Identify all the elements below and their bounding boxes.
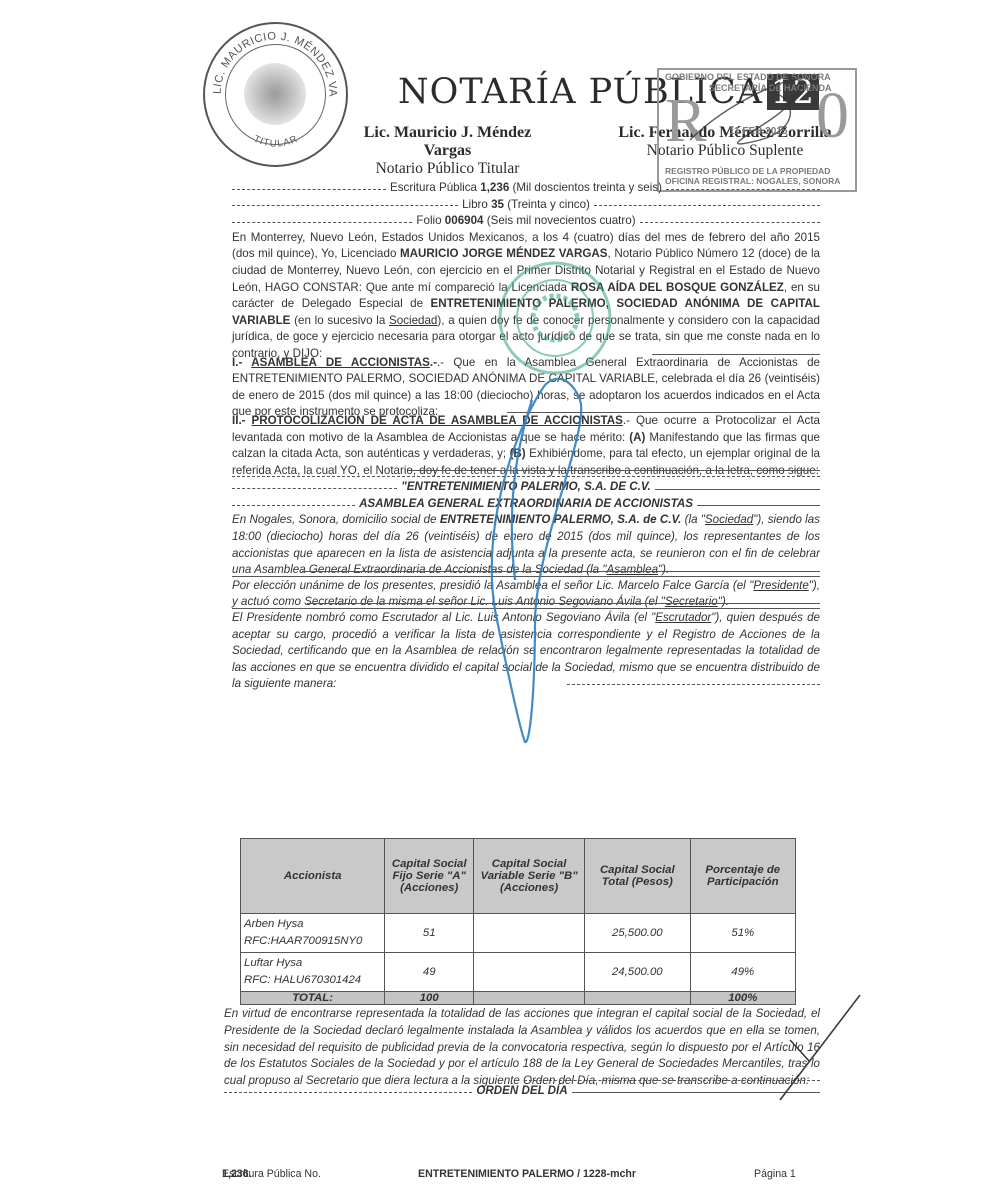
- filler-line: [407, 470, 820, 471]
- total-cell: 24,500.00: [585, 953, 690, 992]
- filler-line: [524, 1080, 820, 1081]
- fijo-cell: 49: [385, 953, 474, 992]
- shareholder-cell: Luftar HysaRFC: HALU670301424: [241, 953, 385, 992]
- acta-assembly-title: ASAMBLEA GENERAL EXTRAORDINARIA DE ACCIO…: [359, 496, 693, 513]
- filler-line: [224, 1092, 472, 1093]
- stamp-line-2: SECRETARÍA DE HACIENDA: [709, 83, 832, 93]
- col-accionista: Accionista: [241, 839, 385, 914]
- filler-line: [232, 608, 820, 609]
- seal-inner-ring: [225, 44, 326, 145]
- pct-cell: 49%: [690, 953, 795, 992]
- orden-del-dia-heading: ORDEN DEL DÍA: [476, 1083, 567, 1100]
- col-capital-total: Capital Social Total (Pesos): [585, 839, 690, 914]
- libro-number: 35: [491, 198, 504, 211]
- col-capital-variable: Capital Social Variable Serie "B" (Accio…: [474, 839, 585, 914]
- filler-line: [232, 488, 397, 489]
- stamp-date: 11 FEB 2015: [729, 126, 787, 137]
- section-2-heading: PROTOCOLIZACIÓN DE ACTA DE ASAMBLEA DE A…: [252, 414, 623, 427]
- variable-cell: [474, 914, 585, 953]
- notary-titular: Lic. Mauricio J. Méndez Vargas Notario P…: [340, 124, 555, 178]
- total-fijo: 100: [385, 992, 474, 1005]
- filler-line: [307, 603, 820, 604]
- pct-cell: 51%: [690, 914, 795, 953]
- escritura-line: Escritura Pública 1,236 (Mil doscientos …: [232, 180, 820, 197]
- total-label: TOTAL:: [241, 992, 385, 1005]
- escritura-number: 1,236: [480, 181, 509, 194]
- table-header-row: Accionista Capital Social Fijo Serie "A"…: [241, 839, 796, 914]
- footer-reference: ENTRETENIMIENTO PALERMO / 1228-mchr: [418, 1168, 636, 1180]
- filler-line: [567, 684, 820, 685]
- fijo-cell: 51: [385, 914, 474, 953]
- filler-line: [232, 576, 820, 577]
- shareholder-table: Accionista Capital Social Fijo Serie "A"…: [240, 838, 796, 1005]
- section-1-heading: ASAMBLEA DE ACCIONISTAS: [251, 356, 430, 369]
- variable-cell: [474, 953, 585, 992]
- escritura-words: (Mil doscientos treinta y seis): [513, 181, 662, 194]
- table-row: Arben HysaRFC:HAAR700915NY0 51 25,500.00…: [241, 914, 796, 953]
- stamp-line-1: GOBIERNO DEL ESTADO DE SONORA: [665, 72, 831, 82]
- acta-company-title: "ENTRETENIMIENTO PALERMO, S.A. DE C.V.: [401, 479, 650, 496]
- footer-page-number: Página 1: [754, 1168, 796, 1180]
- intro-paragraph: En Monterrey, Nuevo León, Estados Unidos…: [232, 230, 820, 363]
- filler-line: [232, 205, 458, 206]
- total-pct: 100%: [690, 992, 795, 1005]
- stamp-line-3: REGISTRO PÚBLICO DE LA PROPIEDAD: [665, 166, 830, 176]
- total-variable: [474, 992, 585, 1005]
- mexican-coat-of-arms-icon: [244, 63, 306, 125]
- acta-title-line-2: ASAMBLEA GENERAL EXTRAORDINARIA DE ACCIO…: [232, 496, 820, 513]
- deed-body: Escritura Pública 1,236 (Mil doscientos …: [232, 180, 820, 685]
- table-row: Luftar HysaRFC: HALU670301424 49 24,500.…: [241, 953, 796, 992]
- folio-words: (Seis mil novecientos cuatro): [487, 214, 636, 227]
- folio-label: Folio: [416, 214, 441, 227]
- filler-line: [232, 505, 355, 506]
- acta-paragraph-4-block: En virtud de encontrarse representada la…: [224, 1006, 820, 1100]
- folio-line: Folio 006904 (Seis mil novecientos cuatr…: [232, 213, 820, 230]
- filler-line: [655, 489, 820, 490]
- filler-line: [302, 571, 820, 572]
- notary-seal: LIC. MAURICIO J. MÉNDEZ VARGAS TITULAR: [203, 22, 348, 167]
- footer-escritura: Escritura Pública No. 1,236.: [222, 1168, 251, 1180]
- escritura-label: Escritura Pública: [390, 181, 477, 194]
- filler-line: [640, 222, 820, 223]
- acta-paragraph-3: El Presidente nombró como Escrutador al …: [232, 610, 820, 693]
- folio-number: 006904: [445, 214, 484, 227]
- shareholder-cell: Arben HysaRFC:HAAR700915NY0: [241, 914, 385, 953]
- total-cell: 25,500.00: [585, 914, 690, 953]
- filler-line: [232, 189, 386, 190]
- acta-paragraph-4: En virtud de encontrarse representada la…: [224, 1006, 820, 1090]
- filler-line: [572, 1092, 820, 1093]
- notary-titular-name: Lic. Mauricio J. Méndez Vargas: [340, 124, 555, 160]
- stamp-letter-r: R: [665, 86, 706, 157]
- total-total: [585, 992, 690, 1005]
- filler-line: [232, 222, 412, 223]
- stamp-digit-0: 0: [816, 78, 849, 154]
- filler-line: [666, 189, 820, 190]
- filler-line: [697, 505, 820, 506]
- libro-words: (Treinta y cinco): [507, 198, 590, 211]
- col-capital-fijo: Capital Social Fijo Serie "A" (Acciones): [385, 839, 474, 914]
- col-porcentaje: Porcentaje de Participación: [690, 839, 795, 914]
- libro-label: Libro: [462, 198, 488, 211]
- notary-titular-role: Notario Público Titular: [340, 160, 555, 178]
- filler-line: [594, 205, 820, 206]
- acta-title-line-1: "ENTRETENIMIENTO PALERMO, S.A. DE C.V.: [232, 479, 820, 496]
- libro-line: Libro 35 (Treinta y cinco): [232, 197, 820, 214]
- filler-line: [232, 476, 820, 477]
- registry-stamp: GOBIERNO DEL ESTADO DE SONORA SECRETARÍA…: [657, 68, 857, 192]
- table-total-row: TOTAL: 100 100%: [241, 992, 796, 1005]
- notarial-deed-page: LIC. MAURICIO J. MÉNDEZ VARGAS TITULAR N…: [0, 0, 1000, 1200]
